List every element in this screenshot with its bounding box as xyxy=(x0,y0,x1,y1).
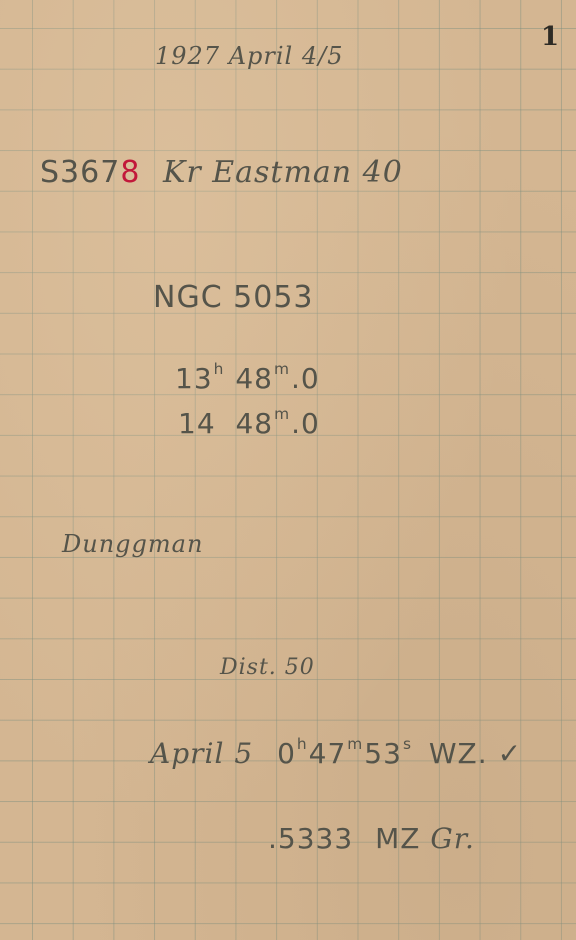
catalog-designation: NGC 5053 xyxy=(153,280,314,315)
fraction-line: .5333 MZ Gr. xyxy=(268,822,475,855)
object-prefix: S367 xyxy=(40,155,120,190)
header-date: 1927 April 4/5 xyxy=(155,42,343,70)
check-mark-icon: ✓ xyxy=(498,737,522,770)
time-row-2: 14 48m.0 xyxy=(178,405,320,440)
note-distance: Dist. 50 xyxy=(220,655,315,680)
object-description: Kr Eastman 40 xyxy=(163,155,403,190)
red-correction-digit: 8 xyxy=(120,155,140,190)
observation-line: April 5 0h47m53s WZ. ✓ xyxy=(150,735,522,770)
object-line: S3678 Kr Eastman 40 xyxy=(40,155,403,190)
notebook-page: 1 1927 April 4/5 S3678 Kr Eastman 40 NGC… xyxy=(0,0,576,940)
time-row-1: 13h 48m.0 xyxy=(175,360,320,395)
page-number: 1 xyxy=(541,22,559,52)
note-observer: Dunggman xyxy=(62,530,203,558)
